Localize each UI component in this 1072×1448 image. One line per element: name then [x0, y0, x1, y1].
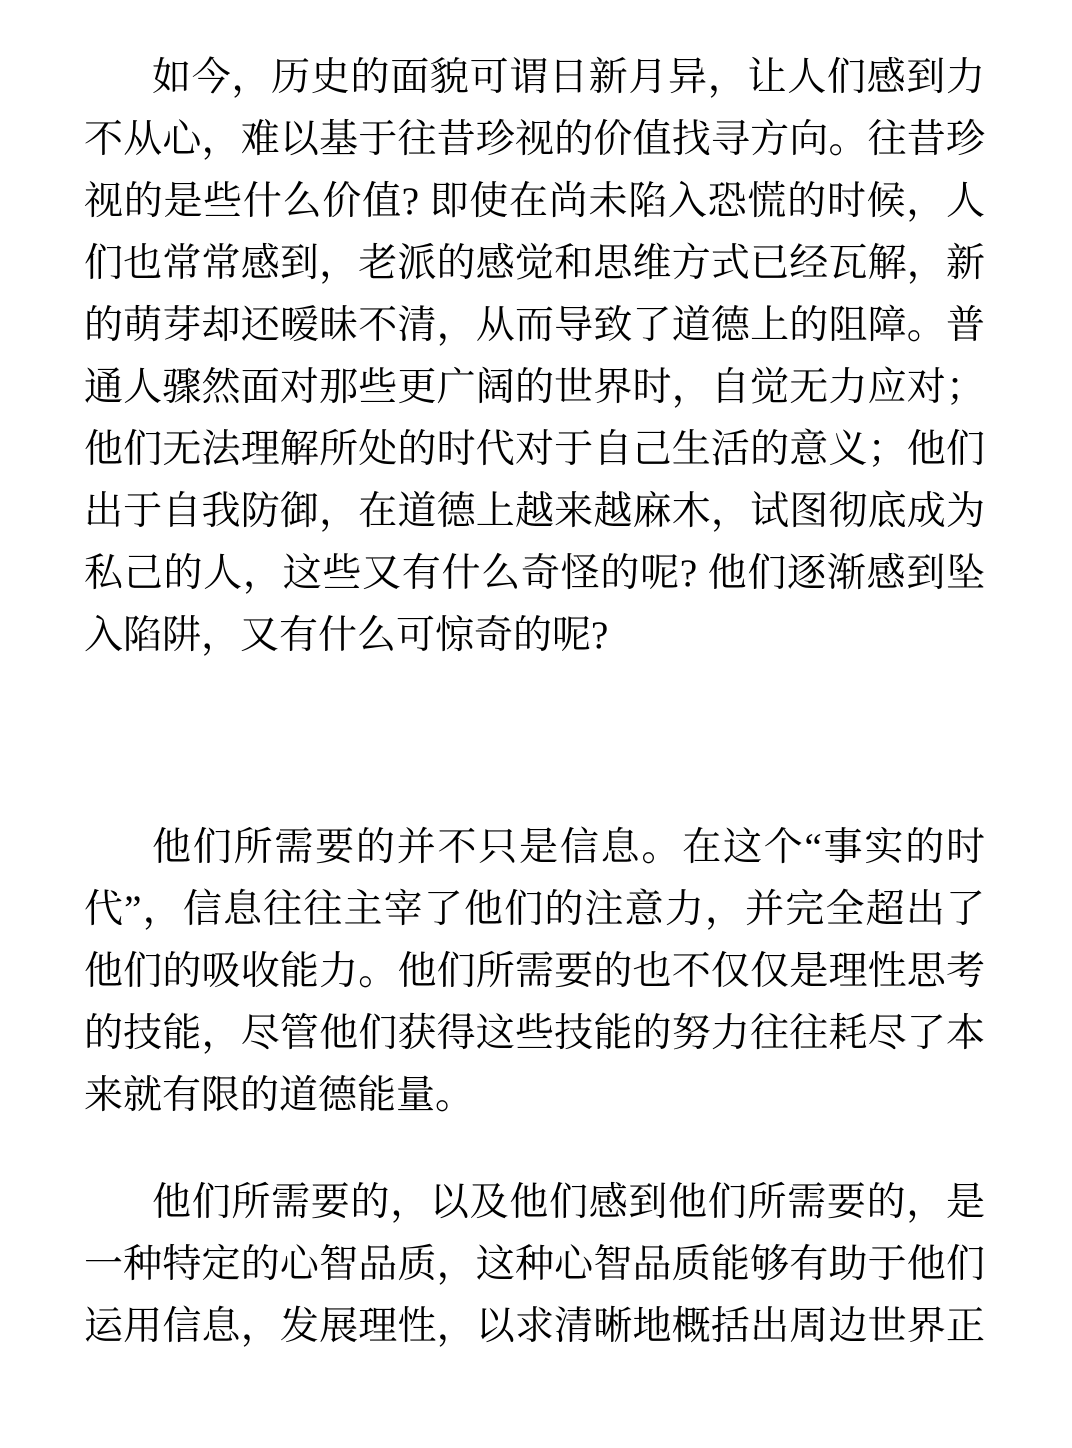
text-line: 如今，历史的面貌可谓日新月异，让人们感到力: [84, 47, 985, 109]
text-line: 不从心，难以基于往昔珍视的价值找寻方向。往昔珍: [84, 109, 985, 171]
text-line: 的技能，尽管他们获得这些技能的努力往往耗尽了本: [84, 1003, 985, 1065]
text-line: 们也常常感到，老派的感觉和思维方式已经瓦解，新: [84, 233, 985, 295]
text-line: 入陷阱，又有什么可惊奇的呢?: [84, 605, 985, 667]
text-line: 运用信息，发展理性，以求清晰地概括出周边世界正: [84, 1296, 985, 1358]
text-line: 私己的人，这些又有什么奇怪的呢? 他们逐渐感到坠: [84, 543, 985, 605]
text-line: 来就有限的道德能量。: [84, 1065, 985, 1127]
text-line: 出于自我防御，在道德上越来越麻木，试图彻底成为: [84, 481, 985, 543]
text-line: 他们所需要的并不只是信息。在这个“事实的时: [84, 817, 985, 879]
text-line: 通人骤然面对那些更广阔的世界时，自觉无力应对；: [84, 357, 985, 419]
text-line: 一种特定的心智品质，这种心智品质能够有助于他们: [84, 1234, 985, 1296]
text-line: 他们所需要的，以及他们感到他们所需要的，是: [84, 1172, 985, 1234]
paragraph-1: 如今，历史的面貌可谓日新月异，让人们感到力 不从心，难以基于往昔珍视的价值找寻方…: [84, 47, 985, 667]
text-line: 他们的吸收能力。他们所需要的也不仅仅是理性思考: [84, 941, 985, 1003]
book-page: 如今，历史的面貌可谓日新月异，让人们感到力 不从心，难以基于往昔珍视的价值找寻方…: [0, 0, 1072, 1448]
paragraph-2: 他们所需要的并不只是信息。在这个“事实的时 代”，信息往往主宰了他们的注意力，并…: [84, 817, 985, 1127]
paragraph-3: 他们所需要的，以及他们感到他们所需要的，是 一种特定的心智品质，这种心智品质能够…: [84, 1172, 985, 1358]
text-line: 的萌芽却还暧昧不清，从而导致了道德上的阻障。普: [84, 295, 985, 357]
text-line: 视的是些什么价值? 即使在尚未陷入恐慌的时候，人: [84, 171, 985, 233]
text-line: 他们无法理解所处的时代对于自己生活的意义；他们: [84, 419, 985, 481]
text-line: 代”，信息往往主宰了他们的注意力，并完全超出了: [84, 879, 985, 941]
